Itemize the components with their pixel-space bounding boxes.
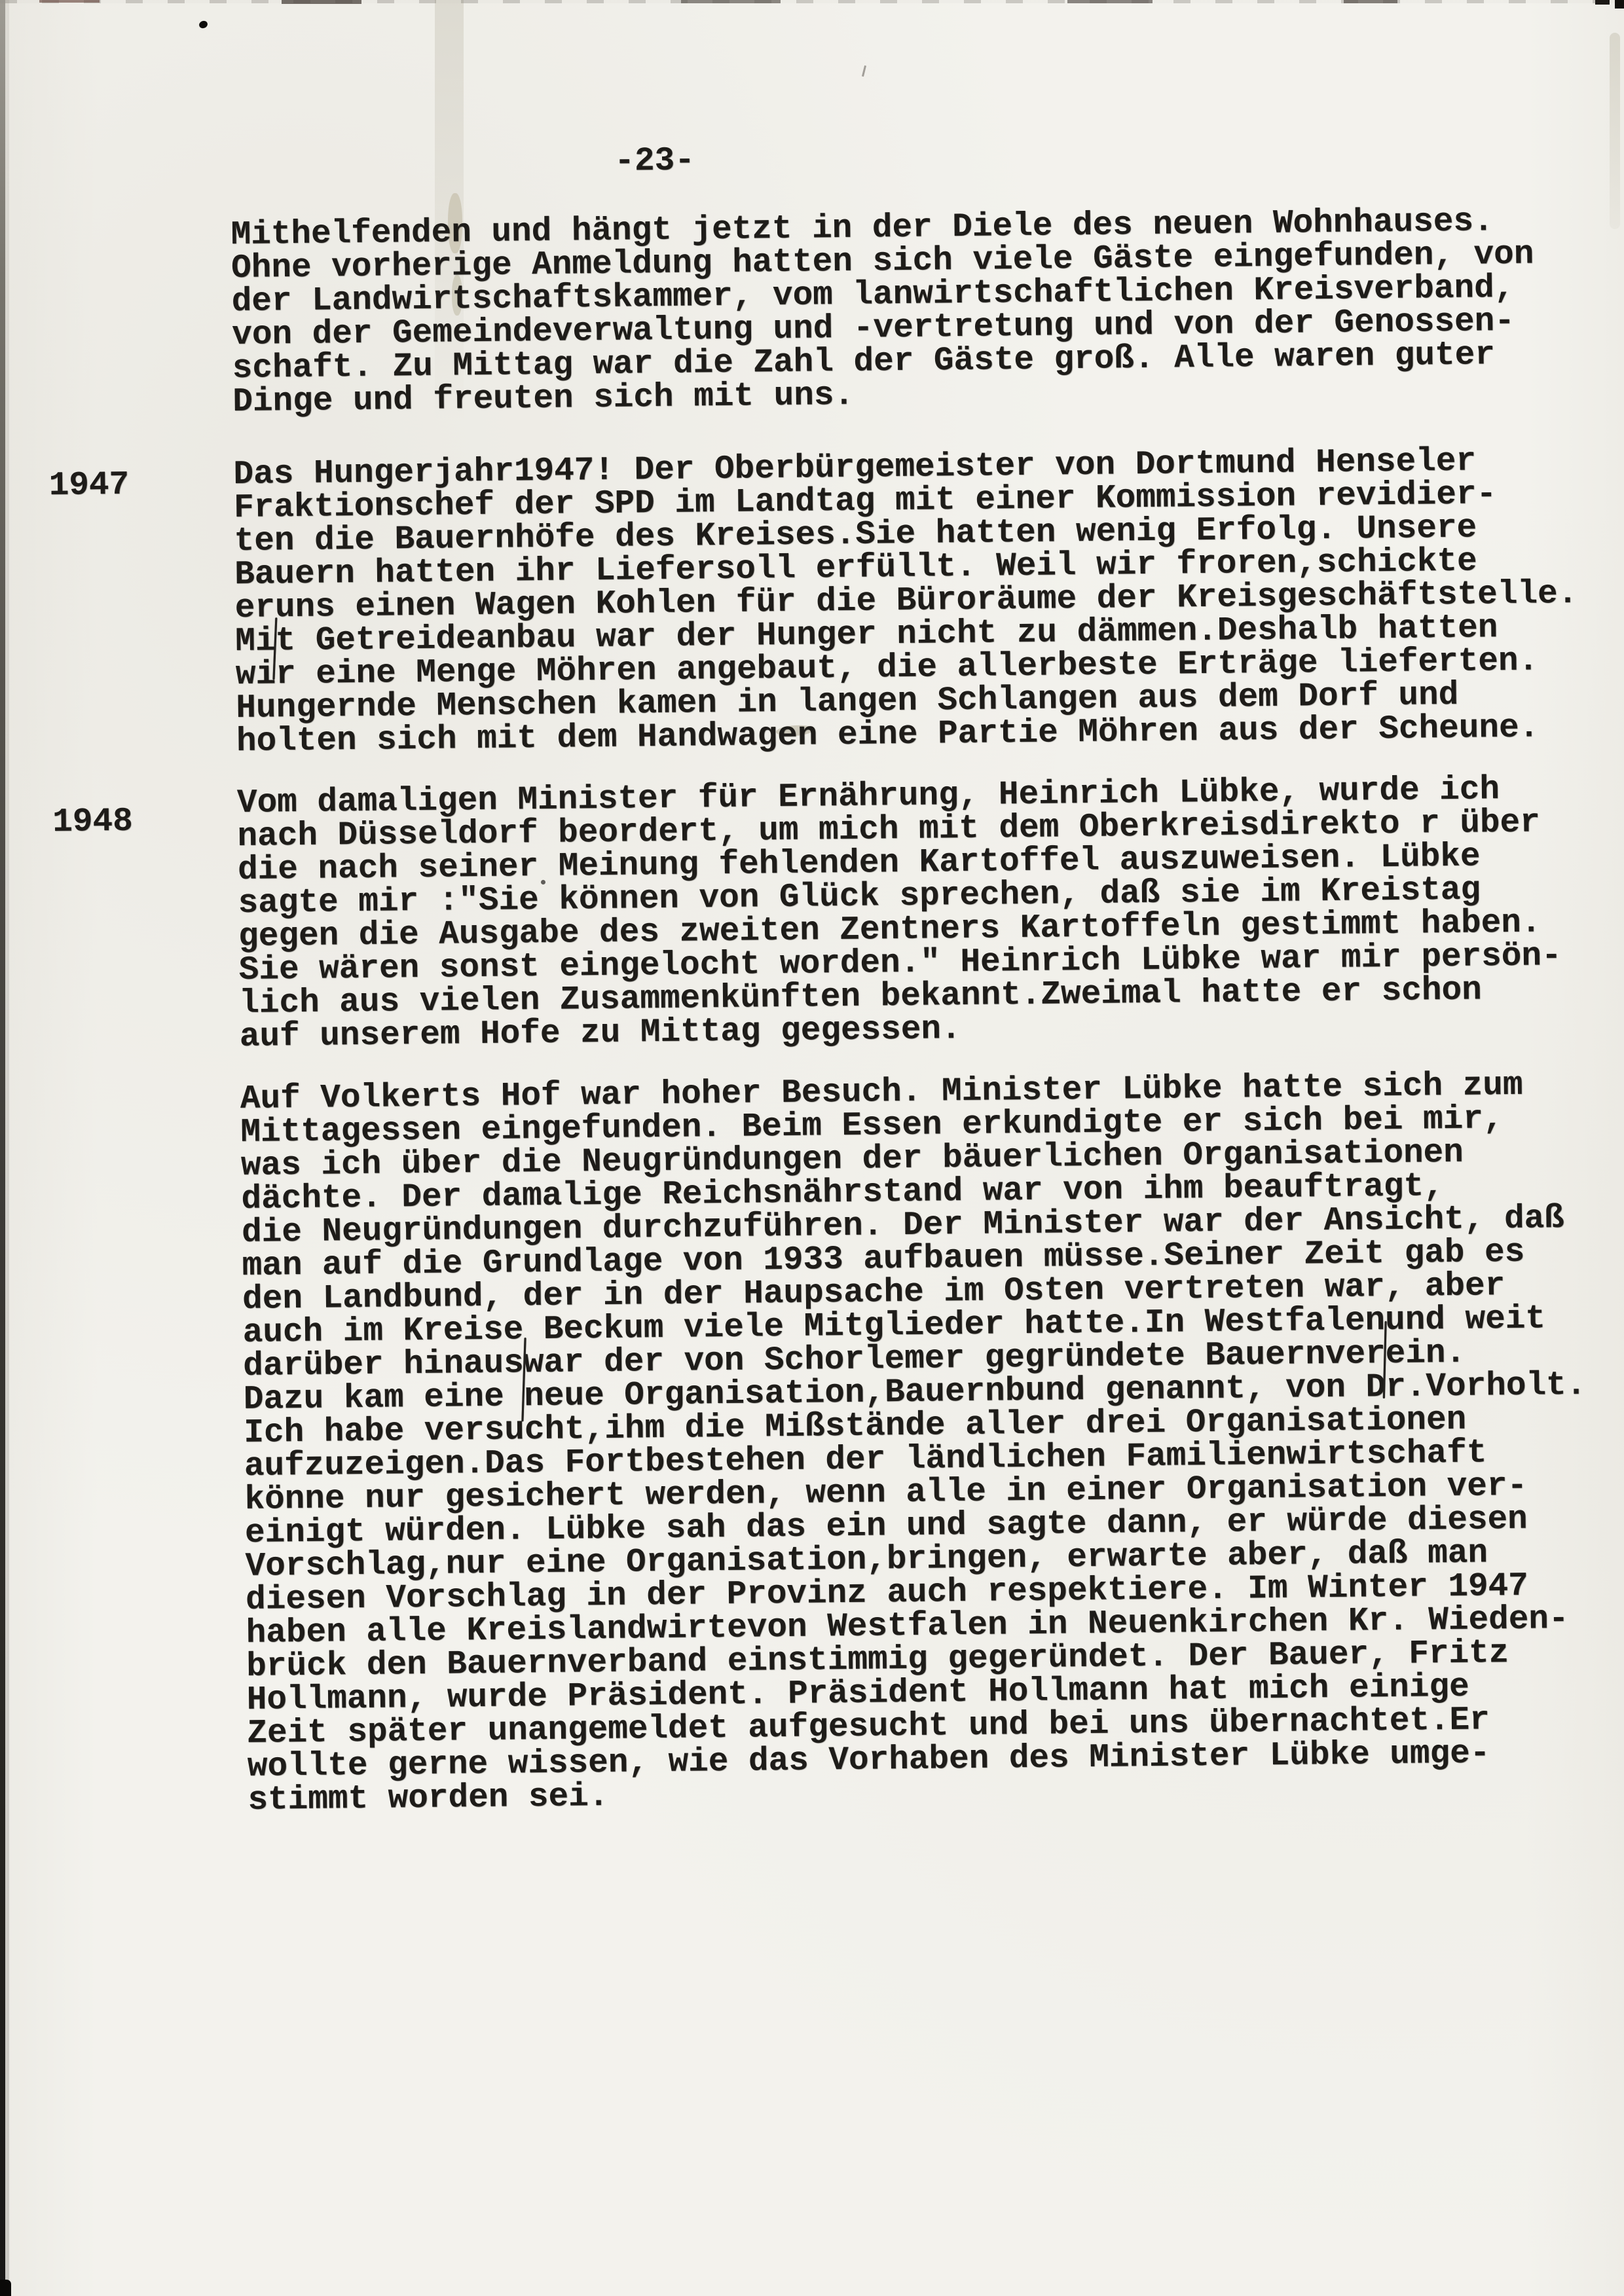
text-segment: er	[234, 589, 275, 627]
page-number: -23-	[614, 144, 695, 178]
paragraph-1947: Das Hungerjahr1947! Der Oberbürgemeister…	[233, 444, 1579, 759]
margin-year-1948: 1948	[52, 805, 133, 839]
paragraph-1948: Vom damaligen Minister für Ernährung, He…	[237, 773, 1562, 1054]
scanned-page: -23- 1947 1948 Mithelfenden und hängt je…	[0, 0, 1624, 2296]
scan-edge-mark	[1615, 0, 1624, 9]
paragraph-opening: Mithelfenden und hängt jetzt in der Diel…	[231, 204, 1536, 419]
margin-year-1947: 1947	[48, 469, 129, 503]
text-segment: und weit	[1385, 1300, 1545, 1339]
scan-corner-mark	[0, 2280, 11, 2296]
typewritten-text-layer: -23- 1947 1948 Mithelfenden und hängt je…	[0, 0, 1624, 2296]
paragraph-volkerts-hof: Auf Volkerts Hof war hoher Besuch. Minis…	[240, 1068, 1591, 1817]
